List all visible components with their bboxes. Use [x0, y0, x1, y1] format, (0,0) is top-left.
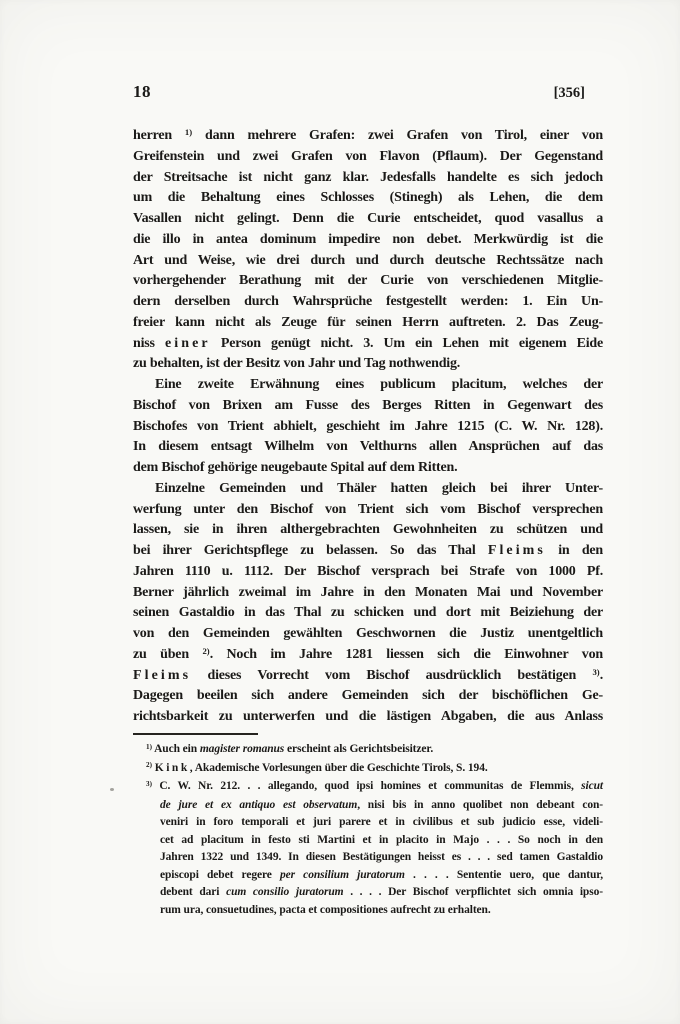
text-line: Jahren 1110 u. 1112. Der Bischof verspra…	[133, 562, 603, 583]
paragraph: herren 1) dann mehrere Grafen: zwei Graf…	[133, 126, 603, 375]
footnote-marker: 2)	[146, 761, 152, 769]
text-segment: lassen, sie in ihren althergebrachten Ge…	[133, 522, 603, 537]
folio-number: [356]	[554, 85, 603, 102]
text-line: Berner jährlich zweimal im Jahre in den …	[133, 583, 603, 604]
text-line: zu behalten, ist der Besitz von Jahr und…	[133, 354, 603, 375]
page-number: 18	[133, 82, 151, 102]
text-segment: der Streitsache ist nicht ganz klar. Jed…	[133, 170, 603, 185]
text-segment: einer	[165, 336, 211, 351]
text-segment: per consilium juratorum	[280, 869, 405, 881]
text-segment: vorhergehender Berathung mit der Curie v…	[133, 273, 603, 288]
text-line: von den Gemeinden gewählten Geschwornen …	[133, 624, 603, 645]
text-segment: rum ura, consuetudines, pacta et composi…	[160, 904, 491, 916]
footnote-line: 2) Kink, Akademische Vorlesungen über di…	[133, 760, 603, 779]
footnotes: 1) Auch ein magister romanus erscheint a…	[133, 741, 603, 919]
text-line: bei ihrer Gerichtspflege zu belassen. So…	[133, 541, 603, 562]
footnote-line: cet ad placitum in festo sti Martini et …	[133, 832, 603, 850]
text-segment: seinen Gastaldio in das Thal zu schicken…	[133, 605, 603, 620]
footnote-line: veniri in foro temporali et juri parere …	[133, 814, 603, 832]
text-line: richtsbarkeit zu unterwerfen und die läs…	[133, 707, 603, 728]
footnote-rule	[133, 733, 258, 735]
text-line: lassen, sie in ihren althergebrachten Ge…	[133, 520, 603, 541]
text-segment: um die Behaltung eines Schlosses (Stineg…	[133, 190, 603, 205]
text-segment: freier kann nicht als Zeuge für seinen H…	[133, 315, 603, 330]
text-segment: Bischofes von Trient abhielt, geschieht …	[133, 419, 603, 434]
footnote-line: 1) Auch ein magister romanus erscheint a…	[133, 741, 603, 760]
text-segment: Jahren 1322 und 1349. In diesen Bestätig…	[160, 851, 603, 863]
text-segment: .	[600, 668, 603, 683]
text-segment: sicut	[581, 780, 603, 792]
text-segment: episcopi debet regere	[160, 869, 280, 881]
text-segment: , nisi bis in anno quolibet non debeant …	[357, 799, 603, 811]
text-segment: . . . . Der Bischof verpflichtet sich om…	[344, 886, 603, 898]
text-line: der Streitsache ist nicht ganz klar. Jed…	[133, 168, 603, 189]
text-segment: von den Gemeinden gewählten Geschwornen …	[133, 626, 603, 641]
text-line: Bischofes von Trient abhielt, geschieht …	[133, 417, 603, 438]
text-segment: Jahren 1110 u. 1112. Der Bischof verspra…	[133, 564, 603, 579]
text-segment: Auch ein	[152, 743, 200, 755]
text-segment: cet ad placitum in festo sti Martini et …	[160, 834, 603, 846]
text-segment: Fleims	[488, 543, 546, 558]
text-segment: de jure et ex antiquo est observatum	[160, 799, 357, 811]
text-segment: Dagegen beeilen sich andere Gemeinden si…	[133, 688, 603, 703]
text-segment: die illo in antea dominum impedire non d…	[133, 232, 603, 247]
text-line: Eine zweite Erwähnung eines publicum pla…	[133, 375, 603, 396]
text-line: die illo in antea dominum impedire non d…	[133, 230, 603, 251]
footnote-marker: 3)	[146, 780, 152, 788]
footnote: 1) Auch ein magister romanus erscheint a…	[133, 741, 603, 760]
text-segment: dern derselben durch Wahrsprüche festges…	[133, 294, 603, 309]
text-segment: niss	[133, 336, 165, 351]
text-segment: . Noch im Jahre 1281 liessen sich die Ei…	[210, 647, 603, 662]
text-segment: , Akademische Vorlesungen über die Gesch…	[190, 762, 488, 774]
footnote: 3) C. W. Nr. 212. . . allegando, quod ip…	[133, 778, 603, 919]
text-line: Greifenstein und zwei Grafen von Flavon …	[133, 147, 603, 168]
text-segment: Person genügt nicht. 3. Um ein Lehen mit…	[211, 336, 603, 351]
text-line: In diesem entsagt Wilhelm von Velthurns …	[133, 437, 603, 458]
footnote-line: episcopi debet regere per consilium jura…	[133, 867, 603, 885]
text-segment: zu behalten, ist der Besitz von Jahr und…	[133, 356, 460, 371]
text-segment: Fleims	[133, 668, 191, 683]
footnote-marker: 3)	[592, 667, 599, 677]
text-segment: erscheint als Gerichtsbeisitzer.	[284, 743, 433, 755]
footnote-marker: 1)	[185, 127, 192, 137]
text-line: Fleims dieses Vorrecht vom Bischof ausdr…	[133, 666, 603, 687]
text-segment: Vasallen nicht gelingt. Denn die Curie e…	[133, 211, 603, 226]
text-segment: dieses Vorrecht vom Bischof ausdrücklich…	[191, 668, 592, 683]
text-line: niss einer Person genügt nicht. 3. Um ei…	[133, 334, 603, 355]
text-line: Einzelne Gemeinden und Thäler hatten gle…	[133, 479, 603, 500]
text-segment: richtsbarkeit zu unterwerfen und die läs…	[133, 709, 603, 724]
text-segment: Eine zweite Erwähnung eines publicum pla…	[155, 377, 603, 392]
footnote-marker: 2)	[202, 646, 209, 656]
text-segment: magister romanus	[200, 743, 284, 755]
body-text: herren 1) dann mehrere Grafen: zwei Graf…	[133, 126, 603, 728]
page: 18 [356] herren 1) dann mehrere Grafen: …	[0, 0, 680, 1024]
footnote-line: rum ura, consuetudines, pacta et composi…	[133, 902, 603, 920]
text-line: freier kann nicht als Zeuge für seinen H…	[133, 313, 603, 334]
text-line: Art und Weise, wie drei durch und durch …	[133, 251, 603, 272]
text-segment: in den	[546, 543, 603, 558]
text-segment: Einzelne Gemeinden und Thäler hatten gle…	[155, 481, 603, 496]
text-line: vorhergehender Berathung mit der Curie v…	[133, 271, 603, 292]
footnote-line: debent dari cum consilio juratorum . . .…	[133, 884, 603, 902]
text-segment: dem Bischof gehörige neugebaute Spital a…	[133, 460, 457, 475]
scan-artifact	[110, 788, 114, 791]
text-line: dern derselben durch Wahrsprüche festges…	[133, 292, 603, 313]
text-line: werfung unter den Bischof von Trient sic…	[133, 500, 603, 521]
footnote-line: Jahren 1322 und 1349. In diesen Bestätig…	[133, 849, 603, 867]
text-segment: . . . . Sententie uero, que dantur,	[405, 869, 603, 881]
text-line: Bischof von Brixen am Fusse des Berges R…	[133, 396, 603, 417]
text-segment: Bischof von Brixen am Fusse des Berges R…	[133, 398, 603, 413]
footnote-line: 3) C. W. Nr. 212. . . allegando, quod ip…	[133, 778, 603, 797]
text-segment: Greifenstein und zwei Grafen von Flavon …	[133, 149, 603, 164]
page-header: 18 [356]	[133, 82, 603, 102]
text-line: dem Bischof gehörige neugebaute Spital a…	[133, 458, 603, 479]
text-segment: cum consilio juratorum	[226, 886, 343, 898]
paragraph: Einzelne Gemeinden und Thäler hatten gle…	[133, 479, 603, 728]
footnote-marker: 1)	[146, 743, 152, 751]
text-segment: zu üben	[133, 647, 202, 662]
text-line: seinen Gastaldio in das Thal zu schicken…	[133, 603, 603, 624]
footnote-line: de jure et ex antiquo est observatum, ni…	[133, 797, 603, 815]
text-segment: C. W. Nr. 212. . . allegando, quod ipsi …	[152, 780, 581, 792]
paragraph: Eine zweite Erwähnung eines publicum pla…	[133, 375, 603, 479]
text-segment: Berner jährlich zweimal im Jahre in den …	[133, 585, 603, 600]
text-segment: veniri in foro temporali et juri parere …	[160, 816, 603, 828]
text-segment: debent dari	[160, 886, 226, 898]
text-segment: werfung unter den Bischof von Trient sic…	[133, 502, 603, 517]
footnote: 2) Kink, Akademische Vorlesungen über di…	[133, 760, 603, 779]
text-line: zu üben 2). Noch im Jahre 1281 liessen s…	[133, 645, 603, 666]
text-line: Dagegen beeilen sich andere Gemeinden si…	[133, 686, 603, 707]
text-segment: Art und Weise, wie drei durch und durch …	[133, 253, 603, 268]
text-line: Vasallen nicht gelingt. Denn die Curie e…	[133, 209, 603, 230]
text-segment: In diesem entsagt Wilhelm von Velthurns …	[133, 439, 603, 454]
text-segment: Kink	[155, 762, 190, 774]
text-segment: bei ihrer Gerichtspflege zu belassen. So…	[133, 543, 488, 558]
text-line: herren 1) dann mehrere Grafen: zwei Graf…	[133, 126, 603, 147]
text-line: um die Behaltung eines Schlosses (Stineg…	[133, 188, 603, 209]
text-segment: dann mehrere Grafen: zwei Grafen von Tir…	[192, 128, 603, 143]
text-segment: herren	[133, 128, 185, 143]
